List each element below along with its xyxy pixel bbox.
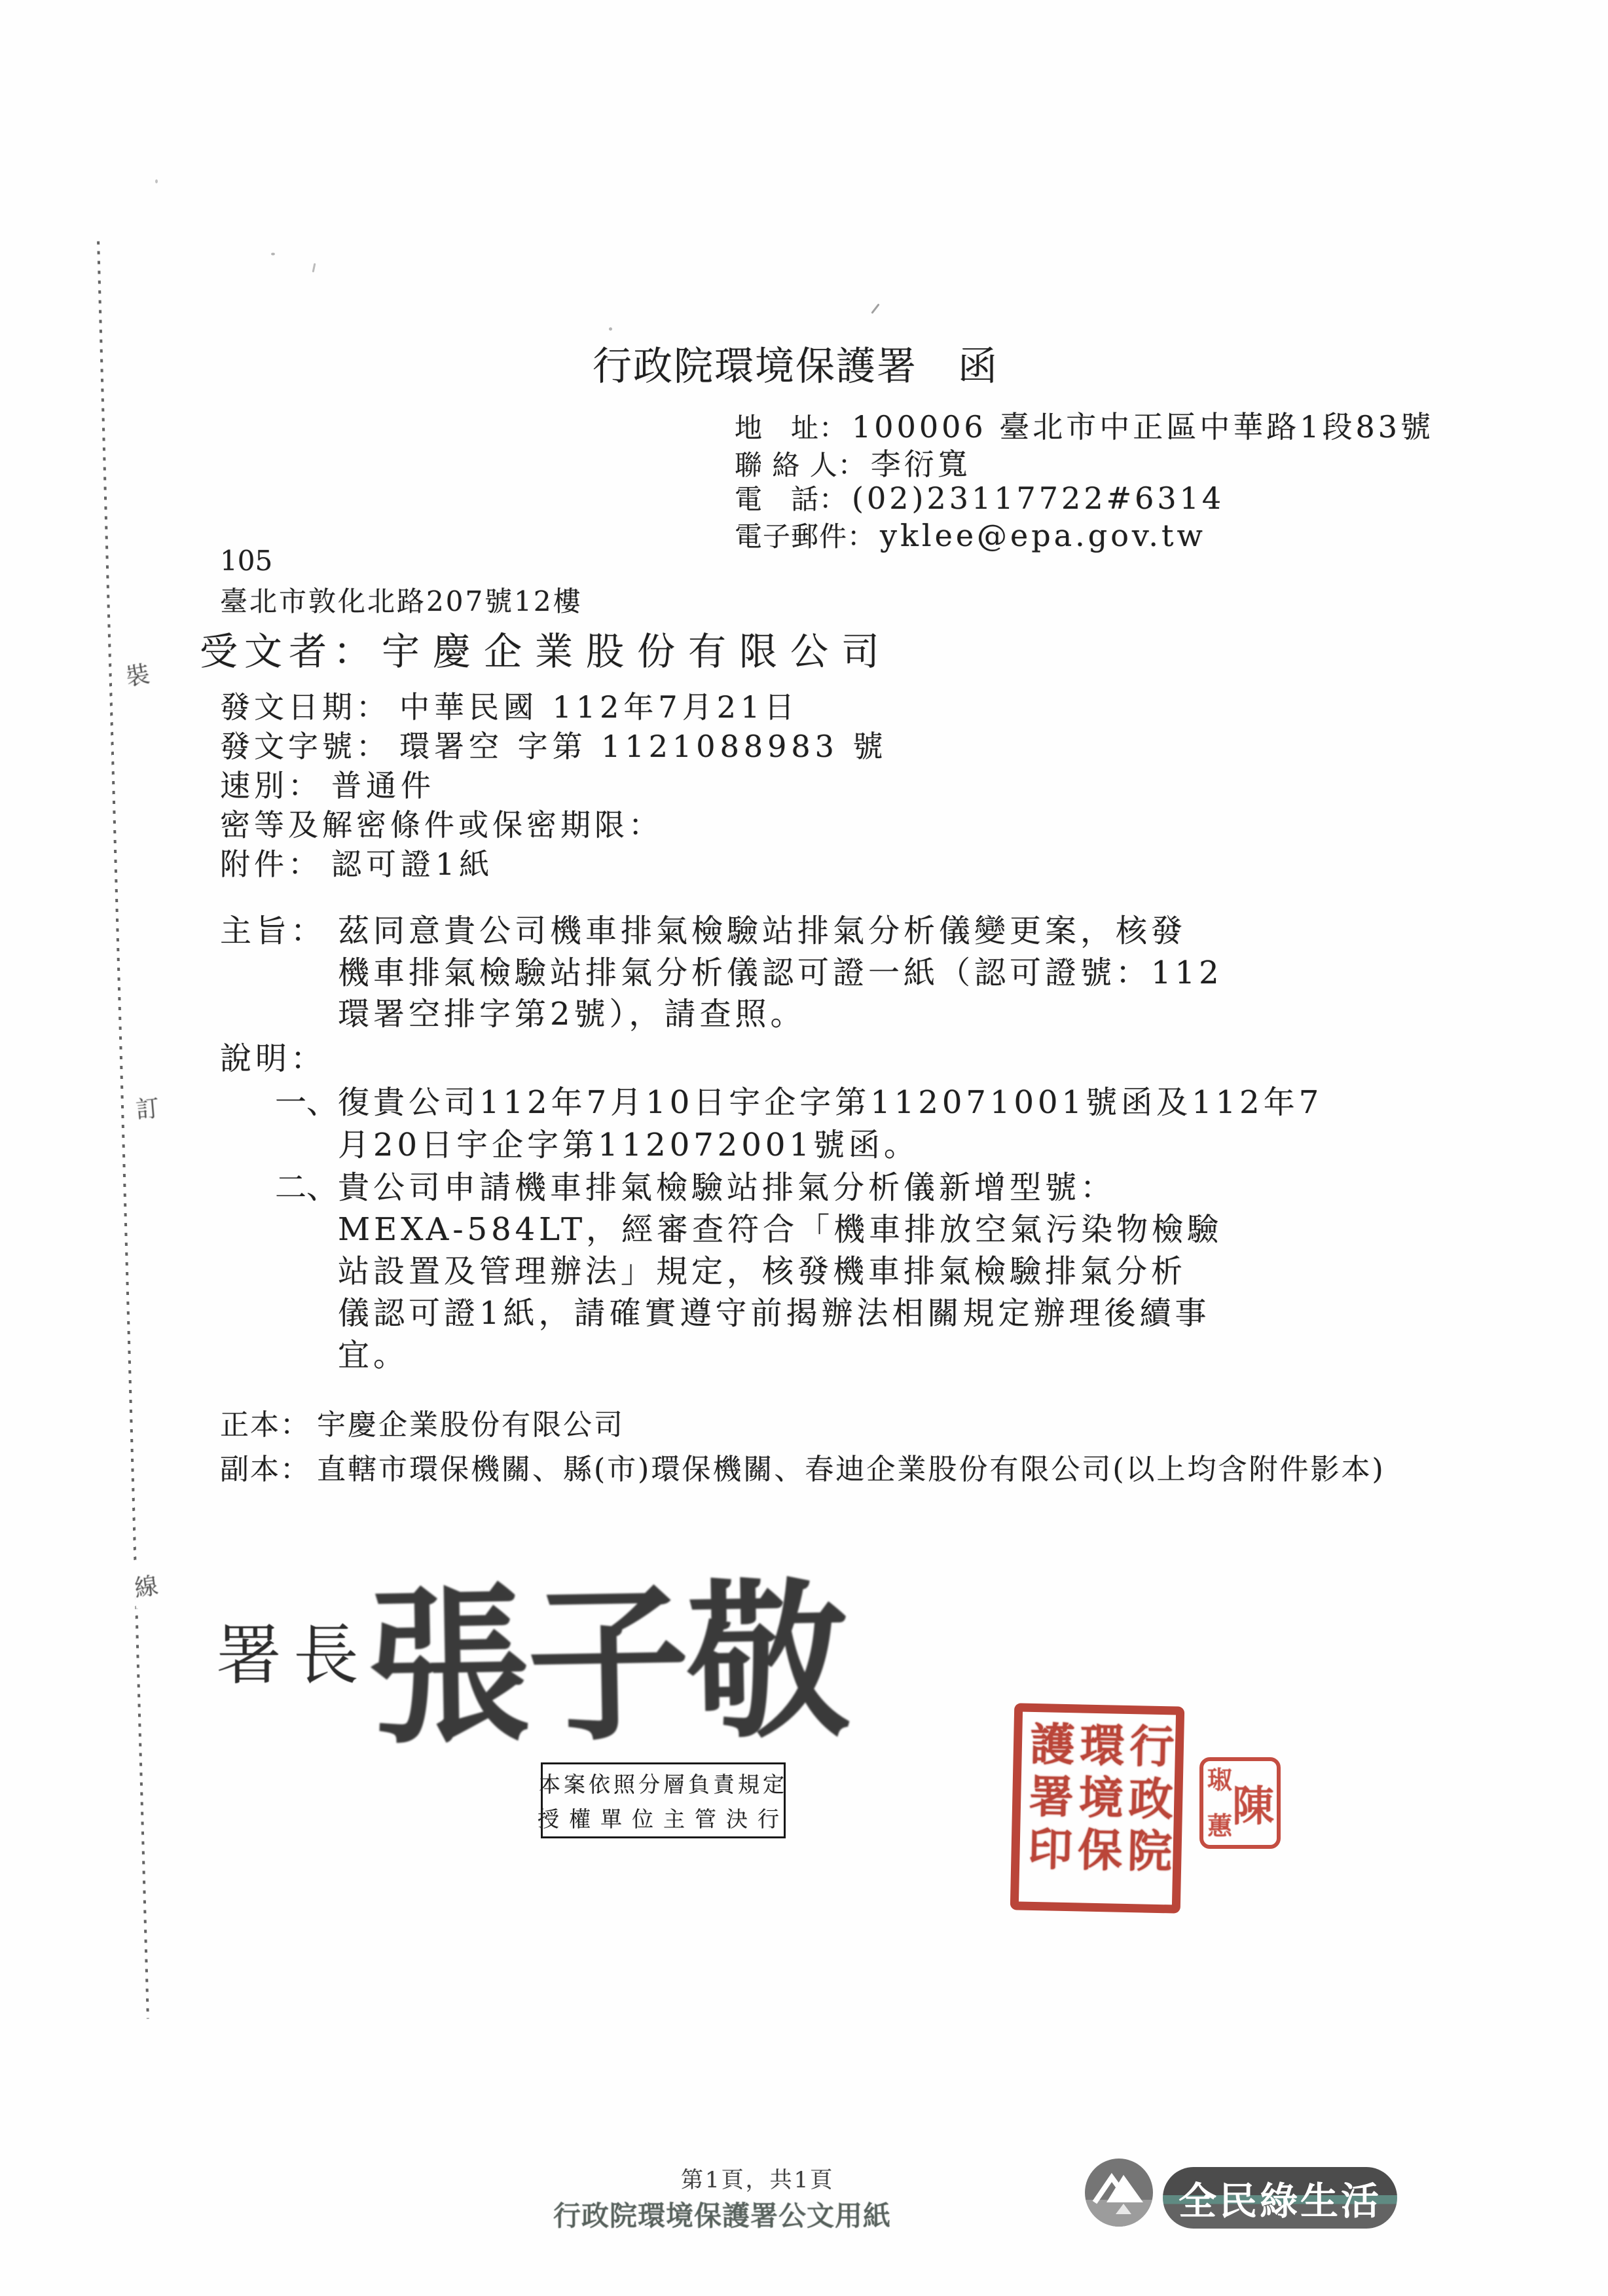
authorization-line-1: 本案依照分層負責規定: [539, 1768, 788, 1798]
signer-signature: 張子敬: [365, 1525, 849, 1776]
contact-label: 聯 絡 人: [735, 444, 838, 483]
green-life-logo-text: 全民綠生活: [1179, 2170, 1381, 2225]
document-title: 行政院環境保護署 函: [593, 335, 998, 392]
copy-cc-label: 副本：: [220, 1453, 310, 1486]
explanation-item-1-line-2: 月20日宇企字第112072001號函。: [338, 1120, 919, 1165]
colon: ：: [819, 478, 847, 517]
meta-row-attachment: 附件：認可證1紙: [220, 841, 494, 884]
colon: ：: [819, 407, 847, 446]
binding-mark-zhuang: 裝: [120, 650, 154, 698]
epa-logo-icon: [1083, 2157, 1155, 2229]
explanation-label: 說明：: [220, 1033, 326, 1078]
recipient-name: 宇慶企業股份有限公司: [382, 629, 892, 674]
speed-label: 速別：: [220, 768, 322, 803]
personal-seal-char-top: 琡: [1207, 1765, 1232, 1795]
date-value: 中華民國 112年7月21日: [399, 689, 799, 725]
address-label: 地 址: [735, 407, 819, 446]
meta-row-doc-number: 發文字號：環署空 字第 1121088983 號: [220, 723, 888, 766]
recipient-address: 臺北市敦化北路207號12樓: [220, 580, 583, 619]
meta-row-speed: 速別：普通件: [220, 762, 435, 805]
classification-label: 密等及解密條件或保密期限：: [220, 807, 663, 843]
scan-speck: [871, 303, 879, 314]
recipient-postal-code: 105: [220, 545, 272, 577]
explanation-item-2-line-2: MEXA-584LT，經審查符合「機車排放空氣污染物檢驗: [338, 1204, 1222, 1249]
email-label: 電子郵件: [735, 515, 847, 555]
phone-value: (02)23117722#6314: [852, 481, 1224, 516]
agency-contact-info: 地 址：100006 臺北市中正區中華路1段83號 聯 絡 人：李衍寬 電 話：…: [735, 403, 1434, 553]
info-row-address: 地 址：100006 臺北市中正區中華路1段83號: [735, 403, 1434, 441]
doc-number-label: 發文字號：: [220, 729, 390, 764]
speed-value: 普通件: [331, 768, 435, 803]
subject-line-3: 環署空排字第2號），請查照。: [338, 989, 806, 1034]
meta-row-classification: 密等及解密條件或保密期限：: [220, 801, 672, 845]
recipient-row: 受文者：宇慶企業股份有限公司: [200, 621, 892, 676]
copy-original-value: 宇慶企業股份有限公司: [317, 1408, 625, 1442]
copy-cc-row: 副本：直轄市環保機關、縣(市)環保機關、春迪企業股份有限公司(以上均含附件影本): [220, 1446, 1385, 1487]
colon: ：: [838, 444, 866, 483]
binding-mark-ding: 訂: [132, 1084, 162, 1130]
recipient-label: 受文者：: [200, 629, 378, 674]
meta-row-date: 發文日期：中華民國 112年7月21日: [220, 683, 799, 727]
binding-dotted-line: [97, 241, 149, 2018]
doc-number-value: 環署空 字第 1121088983 號: [399, 729, 888, 764]
email-value: yklee@epa.gov.tw: [880, 518, 1206, 553]
scan-speck: [271, 253, 275, 255]
copy-original-row: 正本：宇慶企業股份有限公司: [220, 1401, 625, 1443]
page-number-info: 第1頁，共1頁: [681, 2162, 834, 2194]
phone-label: 電 話: [735, 478, 819, 517]
colon: ：: [847, 515, 875, 555]
scan-speck: [609, 327, 612, 331]
subject-label: 主旨：: [220, 905, 326, 951]
scan-speck: [155, 179, 158, 183]
attachment-value: 認可證1紙: [331, 847, 494, 882]
explanation-item-2-line-1: 貴公司申請機車排氣檢驗站排氣分析儀新增型號：: [338, 1162, 1116, 1207]
attachment-label: 附件：: [220, 847, 322, 882]
explanation-item-2-line-3: 站設置及管理辦法」規定，核發機車排氣檢驗排氣分析: [338, 1246, 1186, 1291]
explanation-item-2-number: 二、: [275, 1162, 338, 1207]
official-agency-seal: 行政院環境保護署印: [1010, 1703, 1185, 1913]
scan-speck: [312, 263, 316, 272]
personal-name-seal: 琡 蕙 陳: [1199, 1757, 1281, 1849]
binding-mark-xian: 線: [130, 1562, 162, 1609]
explanation-item-1-number: 一、: [275, 1077, 338, 1122]
official-paper-name: 行政院環境保護署公文用紙: [553, 2195, 891, 2234]
date-label: 發文日期：: [220, 689, 390, 725]
personal-seal-char-right: 陳: [1232, 1773, 1274, 1833]
authorization-box: 本案依照分層負責規定 授權單位主管決行: [541, 1762, 786, 1838]
scanned-official-letter: 裝 訂 線 行政院環境保護署 函 地 址：100006 臺北市中正區中華路1段8…: [0, 0, 1608, 2296]
signer-title: 署長: [216, 1603, 371, 1697]
personal-seal-char-bottom: 蕙: [1207, 1811, 1232, 1841]
subject-line-1: 茲同意貴公司機車排氣檢驗站排氣分析儀變更案，核發: [338, 905, 1186, 951]
official-seal-text: 行政院環境保護署印: [1021, 1721, 1173, 1897]
copy-original-label: 正本：: [220, 1408, 310, 1442]
info-row-phone: 電 話：(02)23117722#6314: [735, 478, 1434, 515]
green-life-logo-badge: 全民綠生活: [1163, 2167, 1397, 2229]
explanation-item-2-line-5: 宜。: [338, 1330, 409, 1375]
subject-line-2: 機車排氣檢驗站排氣分析儀認可證一紙（認可證號：112: [338, 947, 1223, 993]
explanation-item-2-line-4: 儀認可證1紙，請確實遵守前揭辦法相關規定辦理後續事: [338, 1288, 1211, 1333]
copy-cc-value: 直轄市環保機關、縣(市)環保機關、春迪企業股份有限公司(以上均含附件影本): [317, 1453, 1385, 1486]
authorization-line-2: 授權單位主管決行: [538, 1802, 789, 1833]
personal-seal-left-column: 琡 蕙: [1207, 1765, 1232, 1841]
explanation-item-1-line-1: 復貴公司112年7月10日宇企字第112071001號函及112年7: [338, 1077, 1323, 1122]
contact-value: 李衍寬: [871, 441, 971, 484]
info-row-email: 電子郵件：yklee@epa.gov.tw: [735, 515, 1434, 553]
